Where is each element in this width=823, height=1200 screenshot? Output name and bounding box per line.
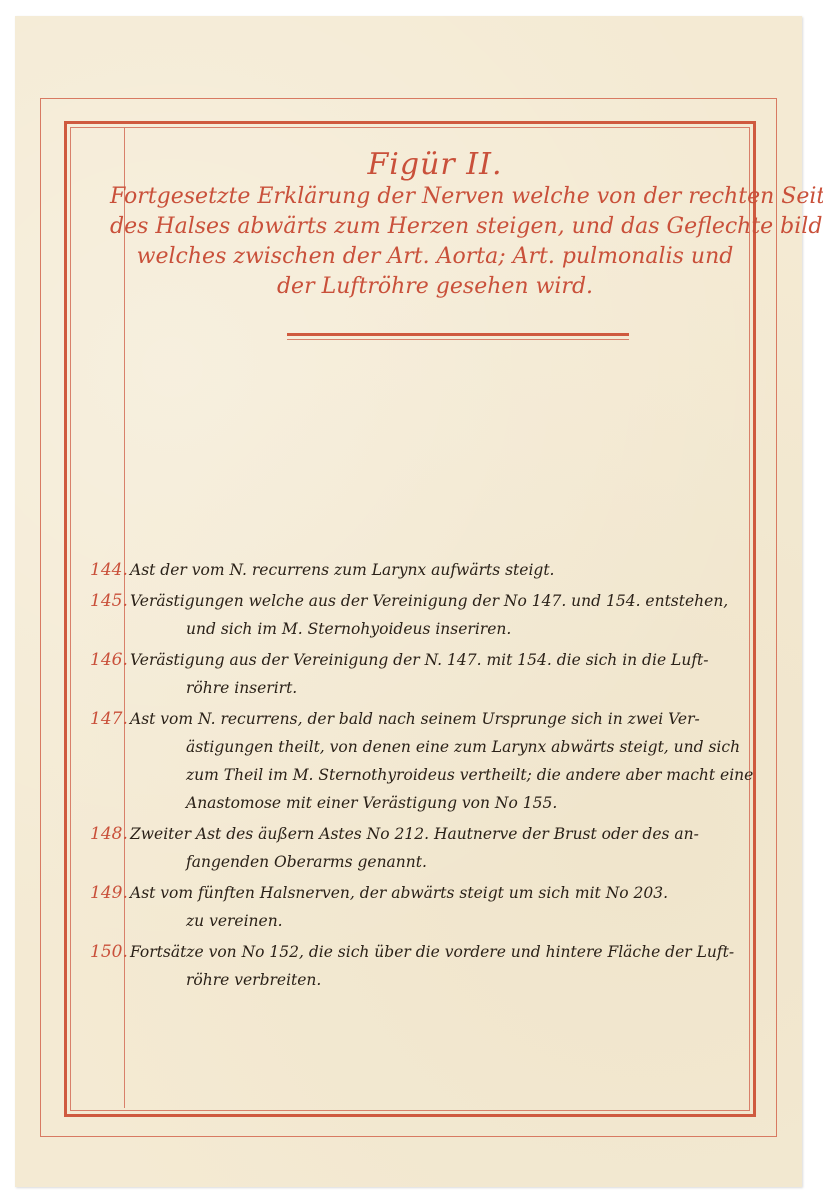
entry-number: 148.: [90, 820, 123, 848]
page-heading: Figür II. Fortgesetzte Erklärung der Ner…: [110, 148, 760, 302]
subtitle-line-4: der Luftröhre gesehen wird.: [110, 272, 760, 302]
subtitle-line-2: des Halses abwärts zum Herzen steigen, u…: [110, 212, 760, 242]
subtitle-line-1: Fortgesetzte Erklärung der Nerven welche…: [110, 182, 760, 212]
entry-number: 145.: [90, 587, 123, 615]
entry-text-line: zum Theil im M. Sternothyroideus verthei…: [90, 761, 755, 789]
entry-list: 144. Ast der vom N. recurrens zum Larynx…: [90, 556, 755, 994]
entry-number: 150.: [90, 938, 123, 966]
entry-text-line: Ast vom N. recurrens, der bald nach sein…: [90, 705, 755, 733]
entry-147: 147. Ast vom N. recurrens, der bald nach…: [90, 705, 755, 817]
entry-text-line: zu vereinen.: [90, 907, 755, 935]
entry-text-line: fangenden Oberarms genannt.: [90, 848, 755, 876]
entry-146: 146. Verästigung aus der Vereinigung der…: [90, 646, 755, 702]
subtitle-line-3: welches zwischen der Art. Aorta; Art. pu…: [110, 242, 760, 272]
entry-148: 148. Zweiter Ast des äußern Astes No 212…: [90, 820, 755, 876]
entry-text-line: ästigungen theilt, von denen eine zum La…: [90, 733, 755, 761]
entry-text-line: Fortsätze von No 152, die sich über die …: [90, 938, 755, 966]
entry-number: 147.: [90, 705, 123, 733]
entry-number: 149.: [90, 879, 123, 907]
entry-text-line: Zweiter Ast des äußern Astes No 212. Hau…: [90, 820, 755, 848]
heading-divider-thin: [287, 339, 629, 340]
entry-text-line: und sich im M. Sternohyoideus inseriren.: [90, 615, 755, 643]
entry-number: 144.: [90, 556, 123, 584]
entry-text-line: Ast der vom N. recurrens zum Larynx aufw…: [90, 556, 755, 584]
entry-text-line: Anastomose mit einer Verästigung von No …: [90, 789, 755, 817]
entry-145: 145. Verästigungen welche aus der Verein…: [90, 587, 755, 643]
entry-text-line: Verästigungen welche aus der Vereinigung…: [90, 587, 755, 615]
entry-number: 146.: [90, 646, 123, 674]
entry-144: 144. Ast der vom N. recurrens zum Larynx…: [90, 556, 755, 584]
entry-text-line: röhre verbreiten.: [90, 966, 755, 994]
entry-text-line: Verästigung aus der Vereinigung der N. 1…: [90, 646, 755, 674]
entry-text-line: Ast vom fünften Halsnerven, der abwärts …: [90, 879, 755, 907]
entry-text-line: röhre inserirt.: [90, 674, 755, 702]
figure-title: Figür II.: [110, 148, 760, 182]
entry-149: 149. Ast vom fünften Halsnerven, der abw…: [90, 879, 755, 935]
entry-150: 150. Fortsätze von No 152, die sich über…: [90, 938, 755, 994]
heading-divider-thick: [287, 333, 629, 336]
